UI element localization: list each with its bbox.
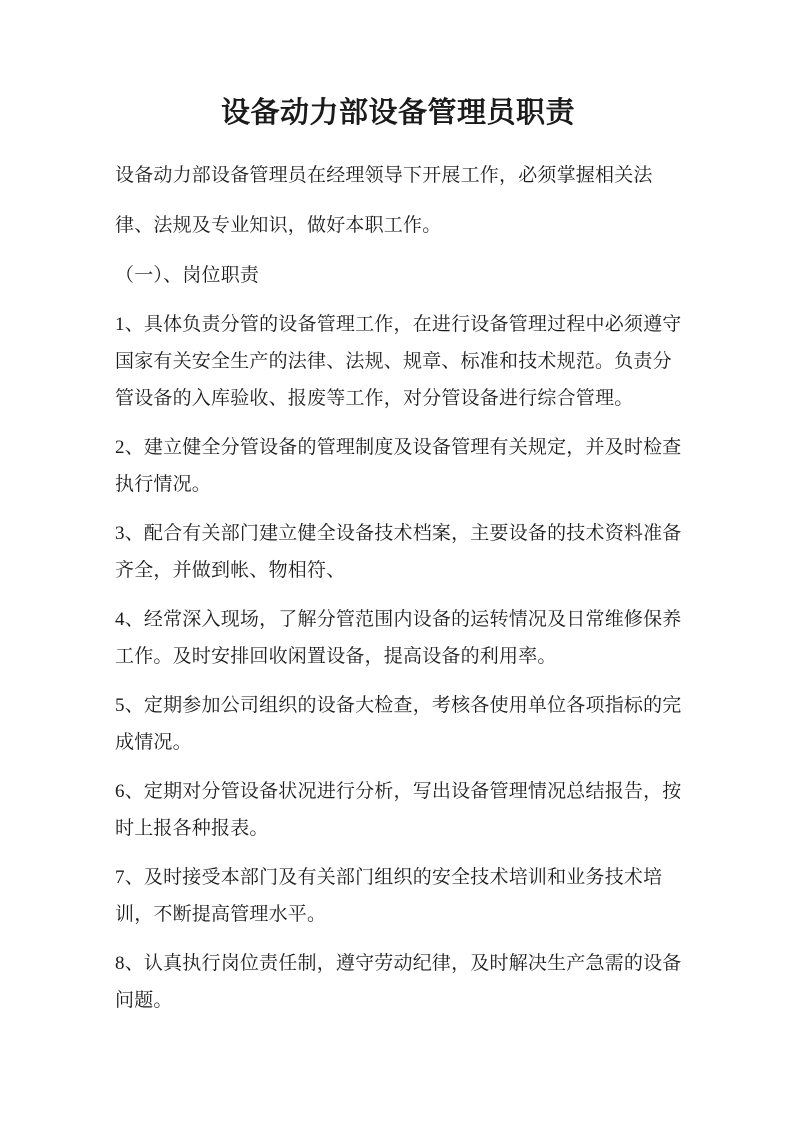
- duty-item-8: 8、认真执行岗位责任制，遵守劳动纪律，及时解决生产急需的设备 问题。: [115, 945, 681, 1019]
- duty-item-6: 6、定期对分管设备状况进行分析，写出设备管理情况总结报告，按 时上报各种报表。: [115, 773, 681, 847]
- section-heading: （一）、岗位职责: [115, 251, 681, 301]
- duty-item-5: 5、定期参加公司组织的设备大检查，考核各使用单位各项指标的完 成情况。: [115, 687, 681, 761]
- duty-item-4: 4、经常深入现场，了解分管范围内设备的运转情况及日常维修保养 工作。及时安排回收…: [115, 601, 681, 675]
- document-title: 设备动力部设备管理员职责: [115, 97, 681, 130]
- duty-item-2: 2、建立健全分管设备的管理制度及设备管理有关规定，并及时检查 执行情况。: [115, 429, 681, 503]
- duty-item-1: 1、具体负责分管的设备管理工作，在进行设备管理过程中必须遵守 国家有关安全生产的…: [115, 306, 681, 417]
- intro-paragraph: 设备动力部设备管理员在经理领导下开展工作，必须掌握相关法 律、法规及专业知识，做…: [115, 151, 681, 251]
- document-page: 设备动力部设备管理员职责 设备动力部设备管理员在经理领导下开展工作，必须掌握相关…: [0, 0, 793, 1122]
- duty-item-7: 7、及时接受本部门及有关部门组织的安全技术培训和业务技术培 训，不断提高管理水平…: [115, 859, 681, 933]
- duty-item-3: 3、配合有关部门建立健全设备技术档案，主要设备的技术资料准备 齐全，并做到帐、物…: [115, 515, 681, 589]
